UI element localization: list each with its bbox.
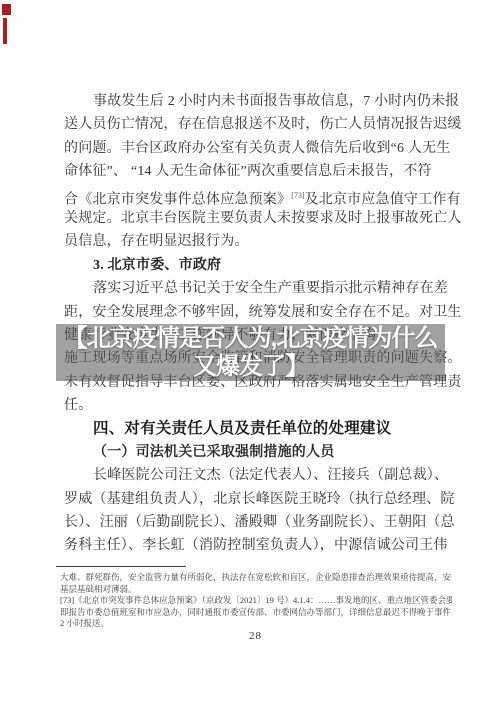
footnote-separator-rule bbox=[56, 566, 186, 567]
section-heading-3: 3. 北京市委、市政府 bbox=[64, 254, 447, 277]
body-line: 距，安全发展理念不够牢固，统筹发展和安全存在不足。对卫生 bbox=[64, 301, 447, 324]
red-corner-square bbox=[2, 4, 11, 15]
footnote-line: 大难、群死群伤，安全监管力量有所弱化，执法存在宽松软和盲区，企业隐患排查治理效果… bbox=[60, 572, 452, 584]
footnote-line: 2 小时报送。 bbox=[60, 618, 452, 630]
body-line: 的问题。丰台区政府办公室有关负责人微信先后收到“6 人无生 bbox=[64, 137, 447, 160]
body-line: 罗威（基建组负责人），北京长峰医院王晓玲（执行总经理、院 bbox=[64, 488, 447, 511]
document-page: 事故发生后 2 小时内未书面报告事故信息，7 小时内仍未报 送人员伤亡情况，存在… bbox=[0, 0, 500, 706]
page-number: 28 bbox=[64, 630, 447, 642]
body-line: 落实习近平总书记关于安全生产重要指示批示精神存在差 bbox=[64, 277, 447, 300]
footnote-line: 基层基础相对薄弱。 bbox=[60, 584, 452, 596]
body-line: 长）、汪丽（后勤副院长）、潘殿卿（业务副院长）、王朝阳（总 bbox=[64, 511, 447, 534]
body-line: 长峰医院公司汪文杰（法定代表人）、汪接兵（副总裁）、 bbox=[64, 464, 447, 487]
subsection-heading: （一）司法机关已采取强制措施的人员 bbox=[64, 441, 447, 464]
body-line: 送人员伤亡情况，存在信息报送不及时，伤亡人员情况报告迟缓 bbox=[64, 113, 447, 136]
body-text: 及北京市应急值守工作有 bbox=[305, 192, 461, 207]
red-corner-bar bbox=[3, 18, 7, 44]
overlay-title-line1: 【北京疫情是否人为,北京疫情为什么 bbox=[64, 325, 438, 353]
overlay-title-line2: 又爆发了】 bbox=[193, 353, 308, 381]
watermark-overlay-band: 【北京疫情是否人为,北京疫情为什么 又爆发了】 bbox=[56, 324, 445, 381]
section-heading-4: 四、对有关责任人员及责任单位的处理建议 bbox=[64, 417, 447, 440]
body-line-with-footnote-ref: 合《北京市突发事件总体应急预案》[73]及北京市应急值守工作有 bbox=[64, 184, 447, 207]
body-line: 任。 bbox=[64, 394, 447, 417]
body-line: 关规定。北京丰台医院主要负责人未按要求及时上报事故死亡人 bbox=[64, 207, 447, 230]
body-line: 员信息，存在明显迟报行为。 bbox=[64, 230, 447, 253]
body-line: 事故发生后 2 小时内未书面报告事故信息，7 小时内仍未报 bbox=[64, 90, 447, 113]
body-line: 务科主任）、李长虹（消防控制室负责人），中源信诚公司王伟 bbox=[64, 534, 447, 557]
footnote-ref: [73] bbox=[291, 191, 304, 200]
footnote-line: [73]《北京市突发事件总体应急预案》（京政发〔2021〕19 号）4.1.4：… bbox=[60, 595, 452, 607]
body-line: 命体征”、 “14 人无生命体征”两次重要信息后未报告，不符 bbox=[64, 160, 447, 183]
footnote-block: 大难、群死群伤，安全监管力量有所弱化，执法存在宽松软和盲区，企业隐患排查治理效果… bbox=[60, 572, 452, 630]
footnote-line: 即报告市委总值班室和市应急办，同时通报市委宣传部、市委网信办等部门，详细信息最迟… bbox=[60, 607, 452, 619]
body-text: 合《北京市突发事件总体应急预案》 bbox=[64, 192, 291, 207]
